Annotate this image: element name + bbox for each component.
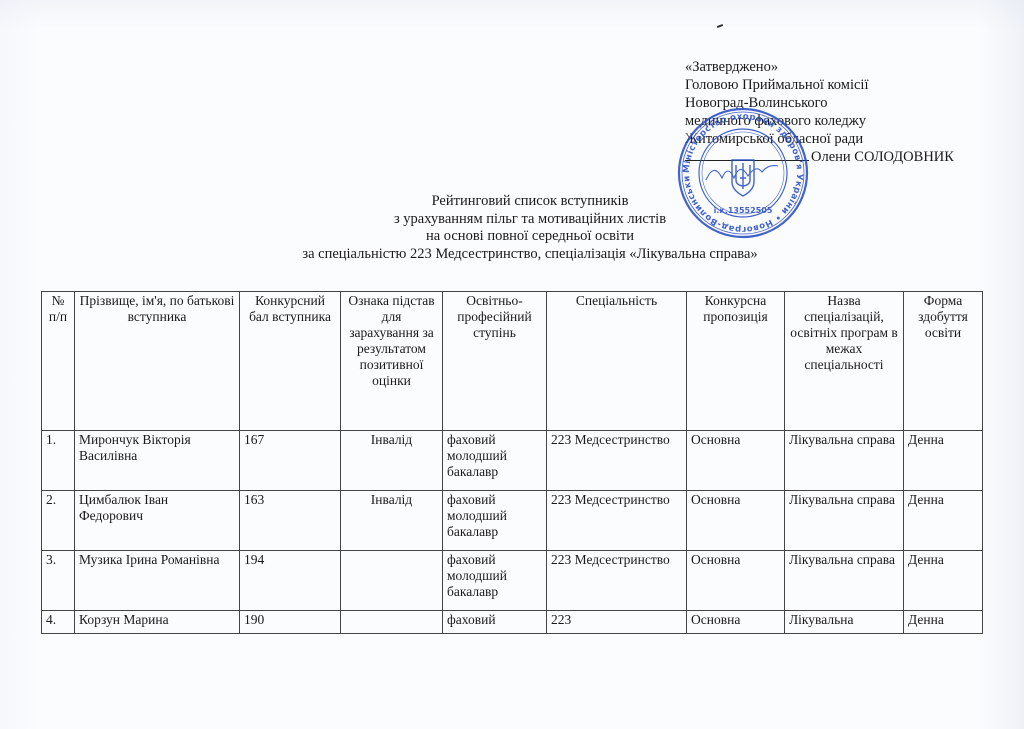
cell-basis: Інвалід — [341, 431, 443, 491]
approval-line: Житомирської обласної ради — [685, 130, 954, 148]
approval-line: Головою Приймальної комісії — [685, 76, 954, 94]
cell-name: Мирончук Вікторія Василівна — [75, 431, 240, 491]
header-specialty: Спеціальність — [547, 292, 687, 431]
approval-line: Новоград-Волинського — [685, 94, 954, 112]
cell-number: 4. — [42, 611, 75, 634]
cell-name: Корзун Марина — [75, 611, 240, 634]
cell-basis — [341, 551, 443, 611]
cell-form: Денна — [904, 431, 983, 491]
rating-table: № п/п Прізвище, ім'я, по батькові вступн… — [41, 291, 983, 634]
signature-row: Олени СОЛОДОВНИК — [685, 148, 954, 166]
cell-specialization: Лікувальна справа — [785, 431, 904, 491]
cell-specialty: 223 Медсестринство — [547, 491, 687, 551]
cell-offer: Основна — [687, 491, 785, 551]
cell-score: 163 — [240, 491, 341, 551]
cell-specialization: Лікувальна справа — [785, 491, 904, 551]
cell-score: 190 — [240, 611, 341, 634]
cell-specialty: 223 Медсестринство — [547, 431, 687, 491]
header-number: № п/п — [42, 292, 75, 431]
signature-line — [685, 148, 809, 161]
cell-number: 3. — [42, 551, 75, 611]
cell-form: Денна — [904, 491, 983, 551]
header-basis: Ознака підстав для зарахування за резуль… — [341, 292, 443, 431]
table-header-row: № п/п Прізвище, ім'я, по батькові вступн… — [42, 292, 983, 431]
header-form: Форма здобуття освіти — [904, 292, 983, 431]
cell-score: 194 — [240, 551, 341, 611]
table-row: 4. Корзун Марина 190 фаховий 223 Основна… — [42, 611, 983, 634]
cell-name: Цимбалюк Іван Федорович — [75, 491, 240, 551]
header-offer: Конкурсна пропозиція — [687, 292, 785, 431]
header-specialization: Назва спеціалізацій, освітніх програм в … — [785, 292, 904, 431]
cell-specialty: 223 Медсестринство — [547, 551, 687, 611]
cell-offer: Основна — [687, 611, 785, 634]
cell-specialization: Лікувальна — [785, 611, 904, 634]
document-title: Рейтинговий список вступників з урахуван… — [250, 193, 810, 263]
table-row: 2. Цимбалюк Іван Федорович 163 Інвалід ф… — [42, 491, 983, 551]
header-degree: Освітньо-професійний ступінь — [443, 292, 547, 431]
cell-number: 2. — [42, 491, 75, 551]
cell-basis: Інвалід — [341, 491, 443, 551]
cell-specialization: Лікувальна справа — [785, 551, 904, 611]
header-score: Конкурсний бал вступника — [240, 292, 341, 431]
approval-block: «Затверджено» Головою Приймальної комісі… — [685, 58, 954, 166]
cell-degree: фаховий молодший бакалавр — [443, 431, 547, 491]
cell-specialty: 223 — [547, 611, 687, 634]
cell-offer: Основна — [687, 431, 785, 491]
title-line: з урахуванням пільг та мотиваційних лист… — [250, 211, 810, 229]
cell-form: Денна — [904, 551, 983, 611]
title-line: Рейтинговий список вступників — [250, 193, 810, 211]
cell-degree: фаховий — [443, 611, 547, 634]
cell-degree: фаховий молодший бакалавр — [443, 551, 547, 611]
table-row: 3. Музика Ірина Романівна 194 фаховий мо… — [42, 551, 983, 611]
approval-line: медичного фахового коледжу — [685, 112, 954, 130]
cell-basis — [341, 611, 443, 634]
title-line: за спеціальністю 223 Медсестринство, спе… — [250, 246, 810, 264]
title-line: на основі повної середньої освіти — [250, 228, 810, 246]
approval-line: «Затверджено» — [685, 58, 954, 76]
cell-form: Денна — [904, 611, 983, 634]
header-name: Прізвище, ім'я, по батькові вступника — [75, 292, 240, 431]
cell-offer: Основна — [687, 551, 785, 611]
cell-degree: фаховий молодший бакалавр — [443, 491, 547, 551]
table-row: 1. Мирончук Вікторія Василівна 167 Інвал… — [42, 431, 983, 491]
signatory-name: Олени СОЛОДОВНИК — [811, 149, 954, 165]
cell-name: Музика Ірина Романівна — [75, 551, 240, 611]
cell-score: 167 — [240, 431, 341, 491]
cell-number: 1. — [42, 431, 75, 491]
